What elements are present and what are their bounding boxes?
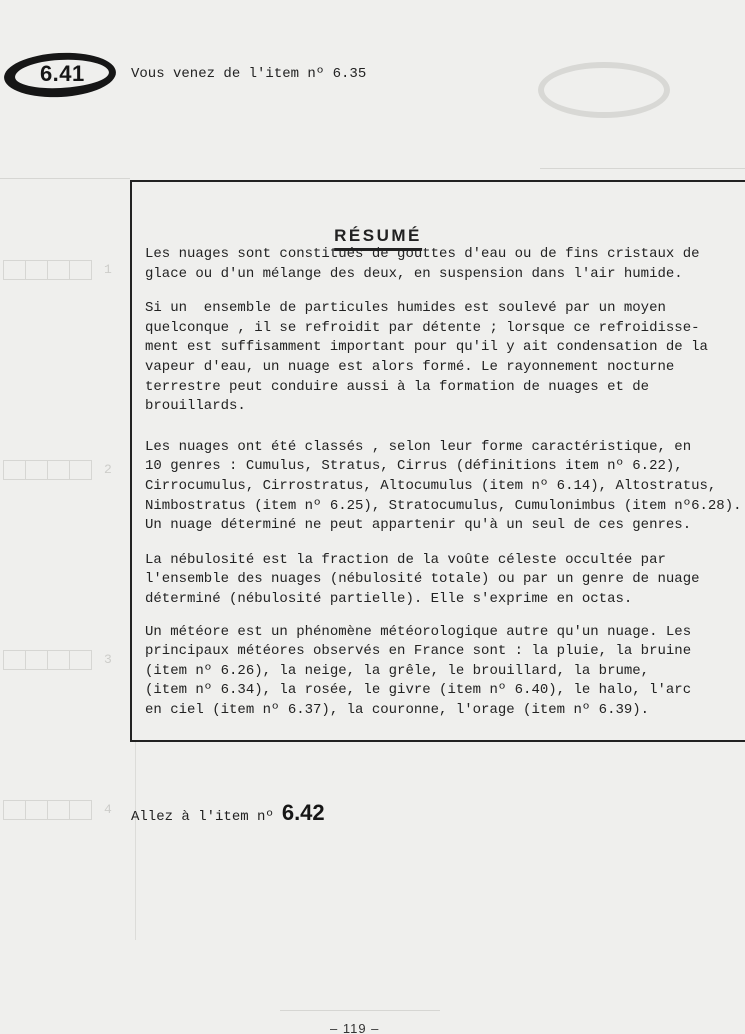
summary-paragraph-clouds-composition: Les nuages sont constitués de gouttes d'… bbox=[145, 245, 745, 284]
next-item-instruction: Allez à l'item nº 6.42 bbox=[131, 800, 325, 826]
bleed-through-question-number: 1 bbox=[104, 262, 112, 277]
item-number: 6.41 bbox=[40, 61, 85, 87]
bleed-through-margin bbox=[135, 740, 136, 940]
bleed-through-answer-boxes bbox=[3, 460, 91, 480]
bleed-through-question-number: 3 bbox=[104, 652, 112, 667]
bleed-through-question-number: 2 bbox=[104, 462, 112, 477]
summary-paragraph-meteors: Un météore est un phénomène météorologiq… bbox=[145, 623, 745, 721]
bleed-through-answer-boxes bbox=[3, 260, 91, 280]
page-number: – 119 – bbox=[330, 1021, 379, 1034]
bleed-through-rule bbox=[540, 168, 745, 169]
summary-paragraph-nebulosity: La nébulosité est la fraction de la voût… bbox=[145, 551, 745, 610]
item-number-badge: 6.41 bbox=[3, 50, 117, 100]
next-item-number: 6.42 bbox=[282, 800, 325, 826]
bleed-through-badge bbox=[538, 62, 670, 118]
bleed-through-rule bbox=[0, 178, 130, 179]
bleed-through-answer-boxes bbox=[3, 800, 91, 820]
next-item-label: Allez à l'item nº bbox=[131, 809, 274, 825]
summary-body: Les nuages sont constitués de gouttes d'… bbox=[145, 245, 745, 738]
previous-item-note: Vous venez de l'item nº 6.35 bbox=[131, 66, 366, 82]
bleed-through-rule bbox=[280, 1010, 440, 1011]
bleed-through-answer-boxes bbox=[3, 650, 91, 670]
bleed-through-question-number: 4 bbox=[104, 802, 112, 817]
summary-paragraph-cloud-formation: Si un ensemble de particules humides est… bbox=[145, 299, 745, 417]
summary-paragraph-cloud-genres: Les nuages ont été classés , selon leur … bbox=[145, 438, 745, 536]
